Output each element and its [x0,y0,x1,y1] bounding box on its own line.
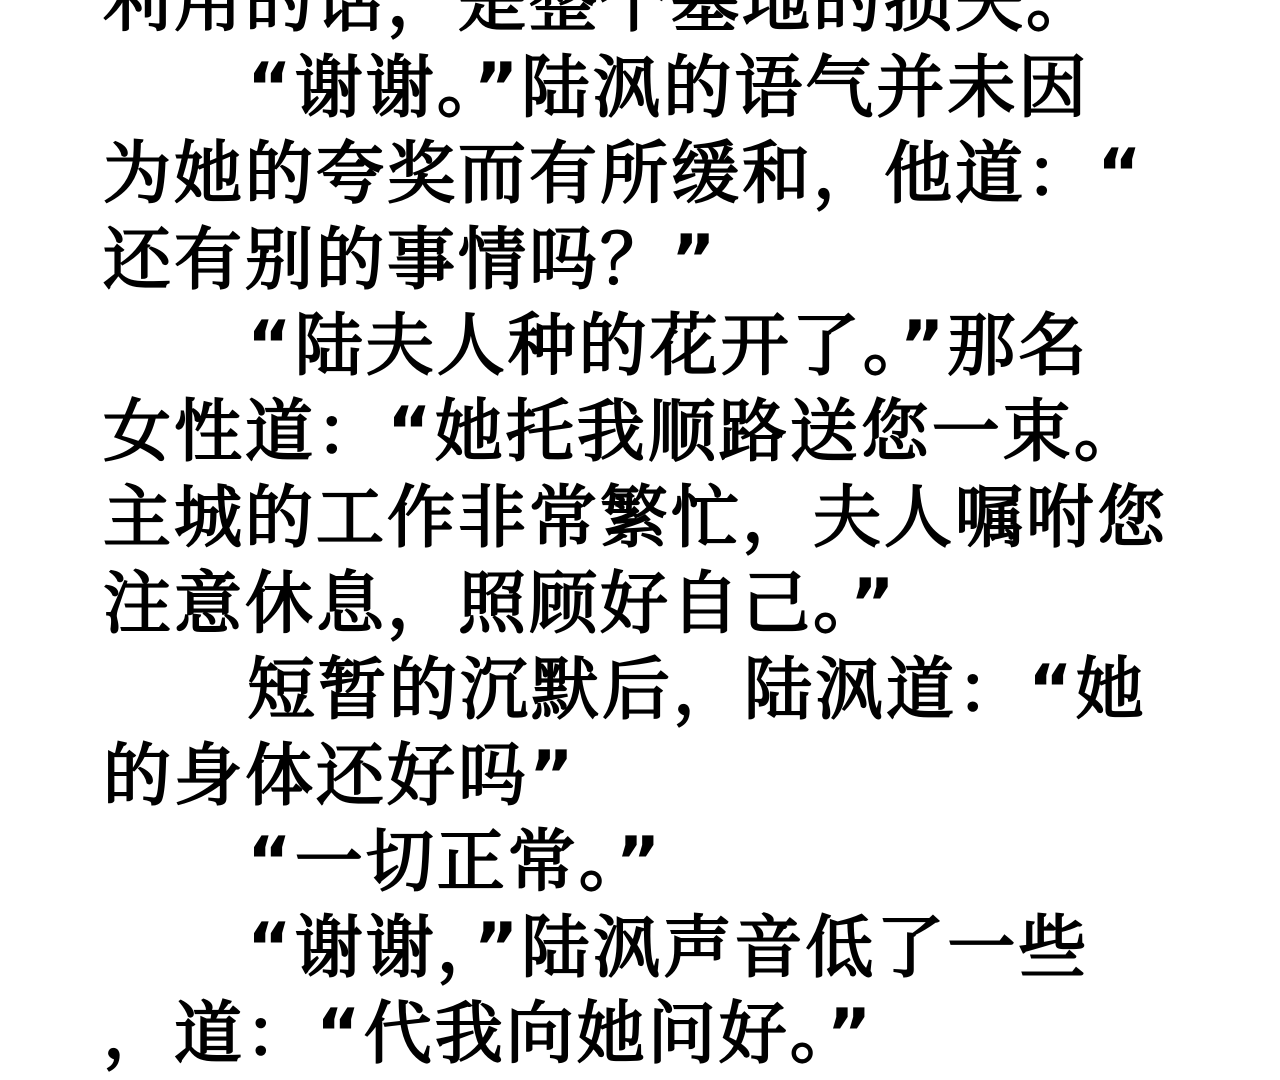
text-line-9: 短暂的沉默后，陆沨道：“她 [247,648,1147,734]
text-line-2: “谢谢。”陆沨的语气并未因 [247,46,1089,132]
text-line-1: 利用的话，是整个基地的损失。 [103,0,1097,46]
text-line-5: “陆夫人种的花开了。”那名 [247,304,1089,390]
text-line-10: 的身体还好吗” [103,734,577,820]
text-page: 利用的话，是整个基地的损失。 “谢谢。”陆沨的语气并未因 为她的夸奖而有所缓和，… [103,0,1179,1080]
text-line-7: 主城的工作非常繁忙，夫人嘱咐您 [103,476,1168,562]
text-line-8: 注意休息，照顾好自己。” [103,562,898,648]
text-line-12: “谢谢，”陆沨声音低了一些 [247,906,1089,992]
text-line-3: 为她的夸奖而有所缓和，他道：“ [103,132,1145,218]
text-line-6: 女性道：“她托我顺路送您一束。 [103,390,1145,476]
text-line-13: ，道：“代我向她问好。” [103,992,874,1078]
text-line-4: 还有别的事情吗？” [103,218,719,304]
text-line-11: “一切正常。” [247,820,663,906]
